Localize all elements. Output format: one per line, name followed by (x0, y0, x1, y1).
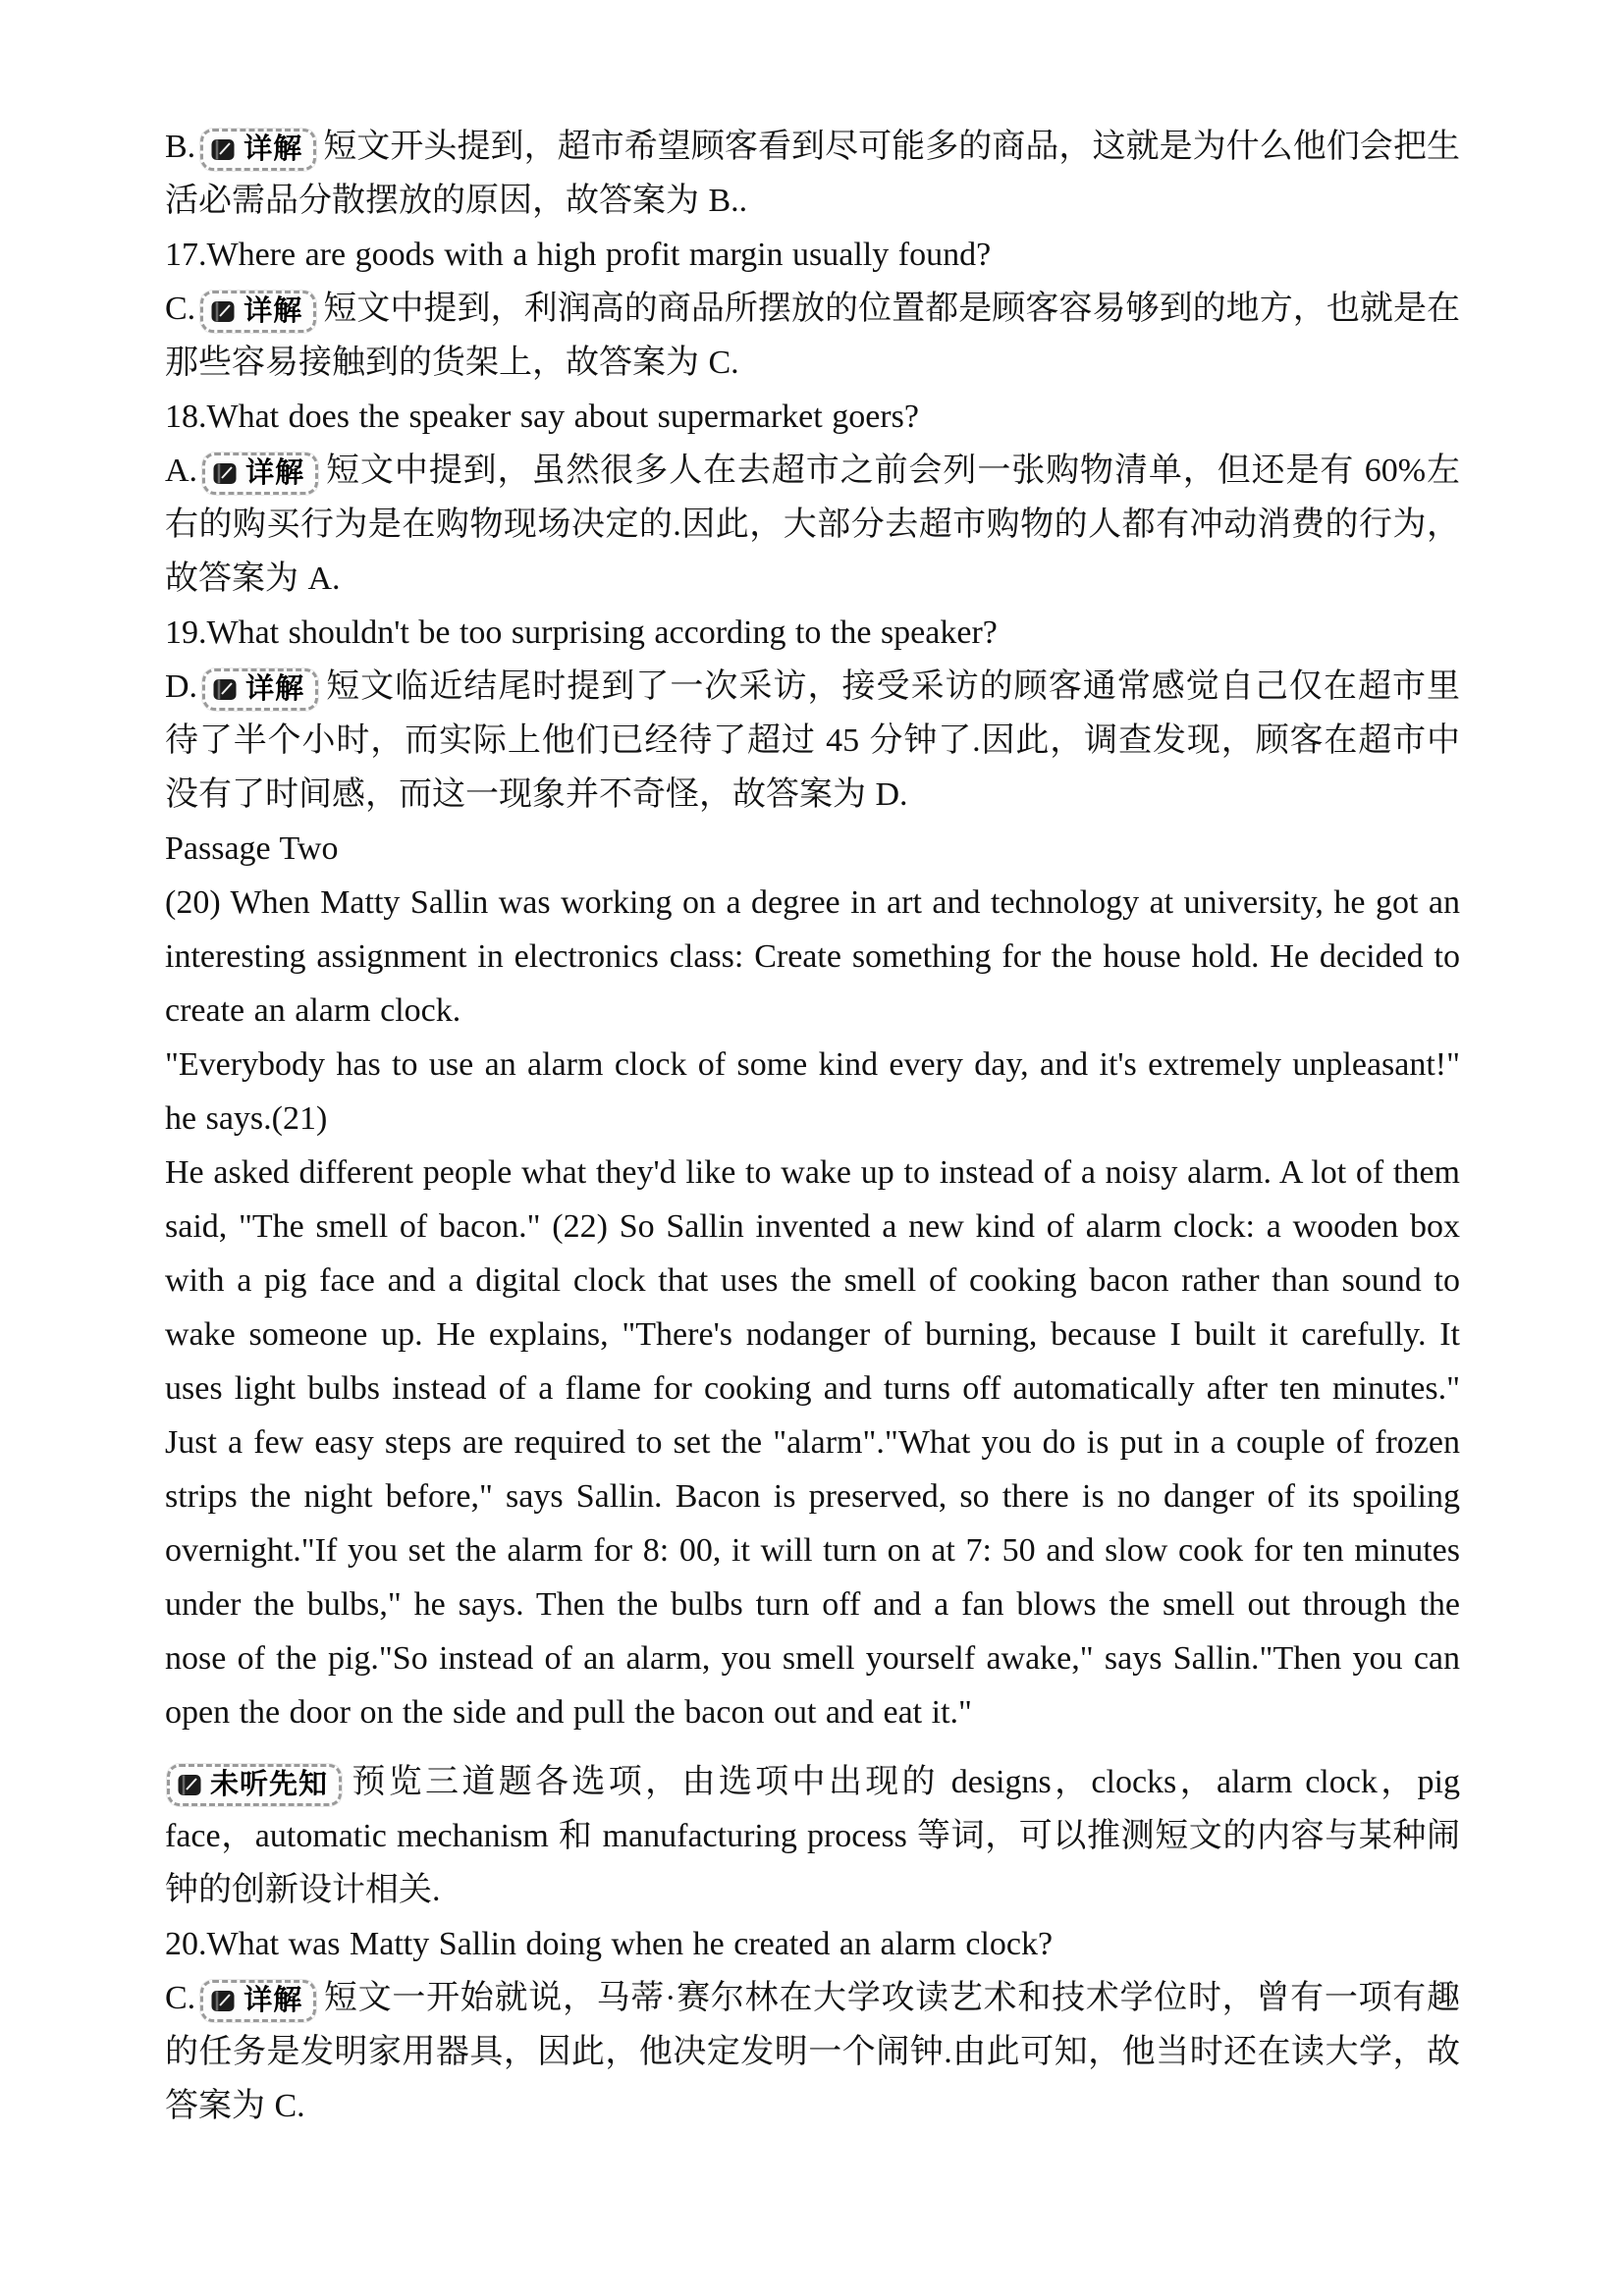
preview-note-text: 预览三道题各选项，由选项中出现的 designs，clocks，alarm cl… (165, 1764, 1460, 1908)
answer-letter: B. (165, 129, 195, 165)
explanation-text: 短文临近结尾时提到了一次采访，接受采访的顾客通常感觉自己仅在超市里待了半个小时，… (165, 668, 1460, 813)
explanation-16-b: B.详解短文开头提到，超市希望顾客看到尽可能多的商品，这就是为什么他们会把生活必… (165, 120, 1460, 228)
question-17: 17.Where are goods with a high profit ma… (165, 228, 1460, 282)
explanation-text: 短文中提到，利润高的商品所摆放的位置都是顾客容易够到的地方，也就是在那些容易接触… (165, 291, 1460, 381)
notebook-icon (210, 1989, 237, 2013)
notebook-icon (212, 677, 239, 702)
detail-badge-label: 详解 (244, 1987, 302, 2015)
notebook-icon (210, 137, 237, 162)
predict-badge-label: 未听先知 (210, 1771, 328, 1799)
notebook-icon (177, 1773, 203, 1797)
notebook-icon (212, 461, 239, 486)
answer-letter: C. (165, 291, 195, 327)
explanation-17-c: C.详解短文中提到，利润高的商品所摆放的位置都是顾客容易够到的地方，也就是在那些… (165, 282, 1460, 390)
detail-badge: 详解 (202, 668, 318, 711)
explanation-text: 短文中提到，虽然很多人在去超市之前会列一张购物清单，但还是有 60%左右的购买行… (165, 453, 1460, 597)
explanation-text: 短文开头提到，超市希望顾客看到尽可能多的商品，这就是为什么他们会把生活必需品分散… (165, 129, 1460, 219)
explanation-text: 短文一开始就说，马蒂·赛尔林在大学攻读艺术和技术学位时，曾有一项有趣的任务是发明… (165, 1980, 1460, 2124)
passage-paragraph-1: (20) When Matty Sallin was working on a … (165, 876, 1460, 1038)
explanation-20-c: C.详解短文一开始就说，马蒂·赛尔林在大学攻读艺术和技术学位时，曾有一项有趣的任… (165, 1971, 1460, 2133)
answer-letter: A. (165, 453, 197, 489)
detail-badge-label: 详解 (244, 135, 302, 164)
passage-heading: Passage Two (165, 822, 1460, 876)
preview-note: 未听先知预览三道题各选项，由选项中出现的 designs，clocks，alar… (165, 1755, 1460, 1917)
question-19: 19.What shouldn't be too surprising acco… (165, 606, 1460, 660)
question-18: 18.What does the speaker say about super… (165, 390, 1460, 444)
detail-badge: 详解 (200, 291, 316, 333)
detail-badge-label: 详解 (245, 459, 304, 488)
predict-badge: 未听先知 (167, 1764, 342, 1806)
notebook-icon (210, 299, 237, 324)
detail-badge: 详解 (200, 129, 316, 171)
explanation-19-d: D.详解短文临近结尾时提到了一次采访，接受采访的顾客通常感觉自己仅在超市里待了半… (165, 660, 1460, 822)
document-page: B.详解短文开头提到，超市希望顾客看到尽可能多的商品，这就是为什么他们会把生活必… (0, 0, 1624, 2296)
detail-badge-label: 详解 (245, 675, 304, 704)
answer-letter: D. (165, 668, 197, 705)
detail-badge-label: 详解 (244, 297, 302, 326)
explanation-18-a: A.详解短文中提到，虽然很多人在去超市之前会列一张购物清单，但还是有 60%左右… (165, 444, 1460, 606)
answer-letter: C. (165, 1980, 195, 2016)
question-20: 20.What was Matty Sallin doing when he c… (165, 1917, 1460, 1971)
passage-paragraph-3: He asked different people what they'd li… (165, 1146, 1460, 1739)
detail-badge: 详解 (202, 453, 318, 495)
passage-paragraph-2: "Everybody has to use an alarm clock of … (165, 1038, 1460, 1146)
detail-badge: 详解 (200, 1980, 316, 2022)
